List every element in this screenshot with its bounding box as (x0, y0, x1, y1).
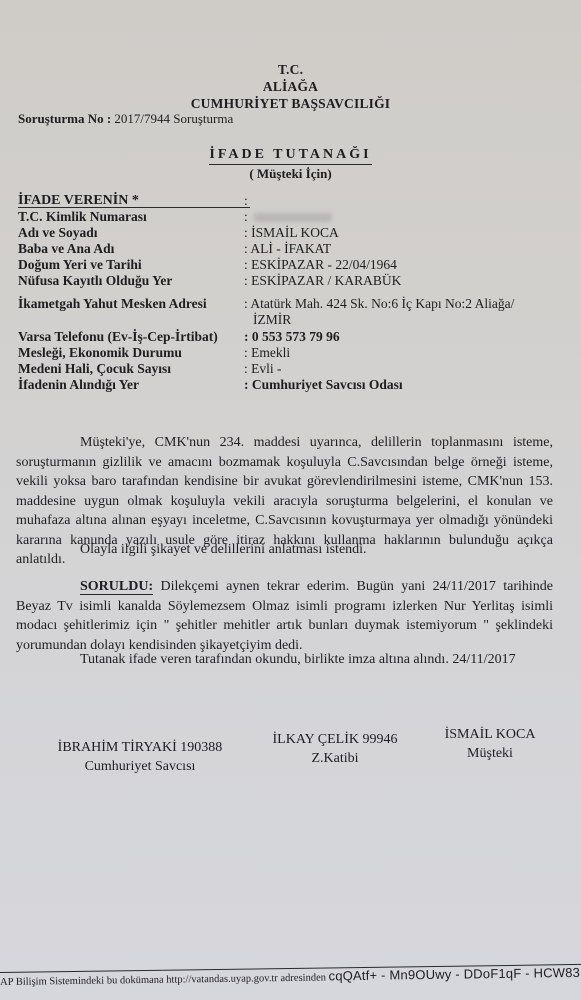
field-value: : 0 553 573 79 96 (244, 329, 340, 345)
field-value: : ESKİPAZAR - 22/04/1964 (244, 257, 397, 273)
field-label: İfadenin Alındığı Yer (18, 377, 139, 393)
statement-paragraph: SORULDU: Dilekçemi aynen tekrar ederim. … (16, 577, 553, 655)
footer-verification: AP Bilişim Sistemindeki bu dokümana http… (0, 965, 581, 988)
field-row-birth: Doğum Yeri ve Tarihi : ESKİPAZAR - 22/04… (18, 257, 578, 273)
field-value: : Atatürk Mah. 424 Sk. No:6 İç Kapı No:2… (244, 296, 514, 312)
field-value: : İSMAİL KOCA (244, 225, 339, 241)
field-label: Baba ve Ana Adı (18, 241, 114, 257)
document-subtitle: ( Müşteki İçin) (0, 166, 581, 182)
case-number-value: 2017/7944 Soruşturma (114, 111, 233, 126)
document-title: İFADE TUTANAĞI (0, 147, 581, 163)
verification-code: cqQAtf+ - Mn9OUwy - DDoF1qF - HCW83M= (328, 965, 581, 984)
field-label: Mesleği, Ekonomik Durumu (18, 345, 182, 361)
header-office: CUMHURİYET BAŞSAVCILIĞI (0, 96, 581, 112)
signature-role: Müşteki (430, 744, 550, 763)
header-tc: T.C. (0, 62, 581, 78)
field-row-address: İkametgah Yahut Mesken Adresi : Atatürk … (18, 296, 578, 312)
field-row-parents: Baba ve Ana Adı : ALİ - İFAKAT (18, 241, 578, 257)
field-row-id-number: T.C. Kimlik Numarası : (18, 209, 578, 225)
field-label: Doğum Yeri ve Tarihi (18, 257, 142, 273)
field-label: Medeni Hali, Çocuk Sayısı (18, 361, 171, 377)
field-row-address-cont: İZMİR (18, 312, 578, 328)
field-row-marital: Medeni Hali, Çocuk Sayısı : Evli - (18, 361, 578, 377)
signature-complainant: İSMAİL KOCA Müşteki (430, 725, 550, 763)
signature-role: Z.Katibi (255, 749, 415, 768)
signature-name: İBRAHİM TİRYAKİ 190388 (40, 738, 240, 757)
signature-role: Cumhuriyet Savcısı (40, 757, 240, 776)
case-number-label: Soruşturma No : (18, 111, 111, 126)
field-row-name: Adı ve Soyadı : İSMAİL KOCA (18, 225, 578, 241)
field-value: : ESKİPAZAR / KARABÜK (244, 273, 401, 289)
field-row-location: İfadenin Alındığı Yer : Cumhuriyet Savcı… (18, 377, 578, 393)
field-label: İkametgah Yahut Mesken Adresi (18, 296, 207, 312)
field-label: Adı ve Soyadı (18, 225, 98, 241)
question-label: SORULDU: (80, 579, 153, 595)
field-value: : (244, 209, 332, 225)
signature-prosecutor: İBRAHİM TİRYAKİ 190388 Cumhuriyet Savcıs… (40, 738, 240, 776)
signature-name: İLKAY ÇELİK 99946 (255, 730, 415, 749)
field-label: Varsa Telefonu (Ev-İş-Cep-İrtibat) (18, 329, 218, 345)
field-label: Nüfusa Kayıtlı Olduğu Yer (18, 273, 172, 289)
redacted-id-number (254, 213, 332, 222)
header-city: ALİAĞA (0, 79, 581, 95)
footer-text: AP Bilişim Sistemindeki bu dokümana http… (0, 972, 326, 988)
field-value: : Emekli (244, 345, 290, 361)
signature-clerk: İLKAY ÇELİK 99946 Z.Katibi (255, 730, 415, 768)
heading-underline (18, 207, 250, 208)
field-value: : Cumhuriyet Savcısı Odası (244, 377, 403, 393)
closing-paragraph: Tutanak ifade veren tarafından okundu, b… (16, 650, 553, 670)
field-value: : ALİ - İFAKAT (244, 241, 331, 257)
signature-name: İSMAİL KOCA (430, 725, 550, 744)
field-value: : Evli - (244, 361, 282, 377)
field-label: T.C. Kimlik Numarası (18, 209, 147, 225)
request-paragraph: Olayla ilgili şikayet ve delillerini anl… (16, 540, 553, 560)
field-row-occupation: Mesleği, Ekonomik Durumu : Emekli (18, 345, 578, 361)
case-number: Soruşturma No : 2017/7944 Soruşturma (18, 111, 233, 127)
field-value-cont: İZMİR (253, 312, 291, 328)
field-row-registry: Nüfusa Kayıtlı Olduğu Yer : ESKİPAZAR / … (18, 273, 578, 289)
field-row-phone: Varsa Telefonu (Ev-İş-Cep-İrtibat) : 0 5… (18, 329, 578, 345)
